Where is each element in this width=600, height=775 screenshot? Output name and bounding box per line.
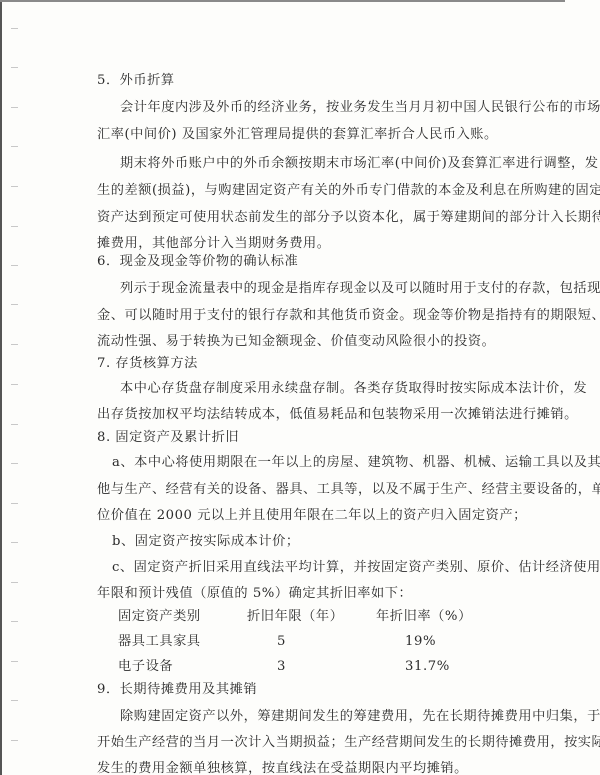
paragraph-line: 流动性强、易于转换为已知金额现金、价值变动风险很小的投资。	[97, 334, 495, 350]
section-heading-7: 7. 存货核算方法	[97, 356, 198, 372]
paragraph-line: 列示于现金流量表中的现金是指库存现金以及可以随时用于支付的存款，包括现	[120, 281, 600, 297]
paragraph-line: 摊费用，其他部分计入当期财务费用。	[97, 236, 331, 252]
table-cell: 19%	[405, 634, 436, 650]
paragraph-line: 期末将外币账户中的外币余额按期末市场汇率(中间价)及套算汇率进行调整，发	[120, 156, 598, 172]
table-cell: 电子设备	[118, 659, 173, 675]
table-cell: 3	[277, 659, 286, 675]
paragraph-line: 汇率(中间价) 及国家外汇管理局提供的套算汇率折合人民币入账。	[97, 127, 498, 143]
paragraph-line: 位价值在 2000 元以上并且使用年限在二年以上的资产归入固定资产；	[97, 508, 527, 524]
section-heading-8: 8. 固定资产及累计折旧	[97, 430, 239, 446]
table-header-rate: 年折旧率（%）	[376, 609, 472, 625]
paragraph-line: 年限和预计残值（原值的 5%）确定其折旧率如下：	[97, 586, 412, 602]
section-heading-9: 9．长期待摊费用及其摊销	[97, 682, 257, 698]
paragraph-line: c、固定资产折旧采用直线法平均计算，并按固定资产类别、原价、估计经济使用	[112, 560, 600, 576]
paragraph-line: 生的差额(损益)，与购建固定资产有关的外币专门借款的本金及利息在所购建的固定	[97, 183, 600, 199]
paragraph-line: 会计年度内涉及外币的经济业务，按业务发生当月月初中国人民银行公布的市场	[120, 100, 600, 116]
table-cell: 31.7%	[405, 659, 450, 675]
section-heading-6: 6．现金及现金等价物的确认标准	[97, 254, 298, 270]
table-header-category: 固定资产类别	[118, 609, 201, 625]
section-heading-5: 5．外币折算	[97, 73, 175, 89]
table-cell: 5	[277, 634, 286, 650]
paragraph-line: 发生的费用金额单独核算，按直线法在受益期限内平均摊销。	[97, 761, 468, 775]
paragraph-line: 除购建固定资产以外，筹建期间发生的筹建费用，先在长期待摊费用中归集，于	[120, 709, 600, 725]
paragraph-line: a、本中心将使用期限在一年以上的房屋、建筑物、机器、机械、运输工具以及其	[112, 455, 600, 471]
paragraph-line: 金、可以随时用于支付的银行存款和其他货币资金。现金等价物是指持有的期限短、	[97, 308, 600, 324]
paragraph-line: 资产达到预定可使用状态前发生的部分予以资本化，属于筹建期间的部分计入长期待	[97, 210, 600, 226]
paragraph-line: b、固定资产按实际成本计价；	[112, 534, 300, 550]
paragraph-line: 开始生产经营的当月一次计入当期损益；生产经营期间发生的长期待摊费用，按实际	[97, 735, 600, 751]
table-cell: 器具工具家具	[118, 634, 201, 650]
document-page: 5．外币折算 会计年度内涉及外币的经济业务，按业务发生当月月初中国人民银行公布的…	[0, 0, 600, 775]
table-header-years: 折旧年限（年）	[247, 609, 344, 625]
paragraph-line: 出存货按加权平均法结转成本，低值易耗品和包装物采用一次摊销法进行摊销。	[97, 407, 578, 423]
paragraph-line: 本中心存货盘存制度采用永续盘存制。各类存货取得时按实际成本法计价，发	[120, 381, 587, 397]
paragraph-line: 他与生产、经营有关的设备、器具、工具等，以及不属于生产、经营主要设备的，单	[97, 482, 600, 498]
